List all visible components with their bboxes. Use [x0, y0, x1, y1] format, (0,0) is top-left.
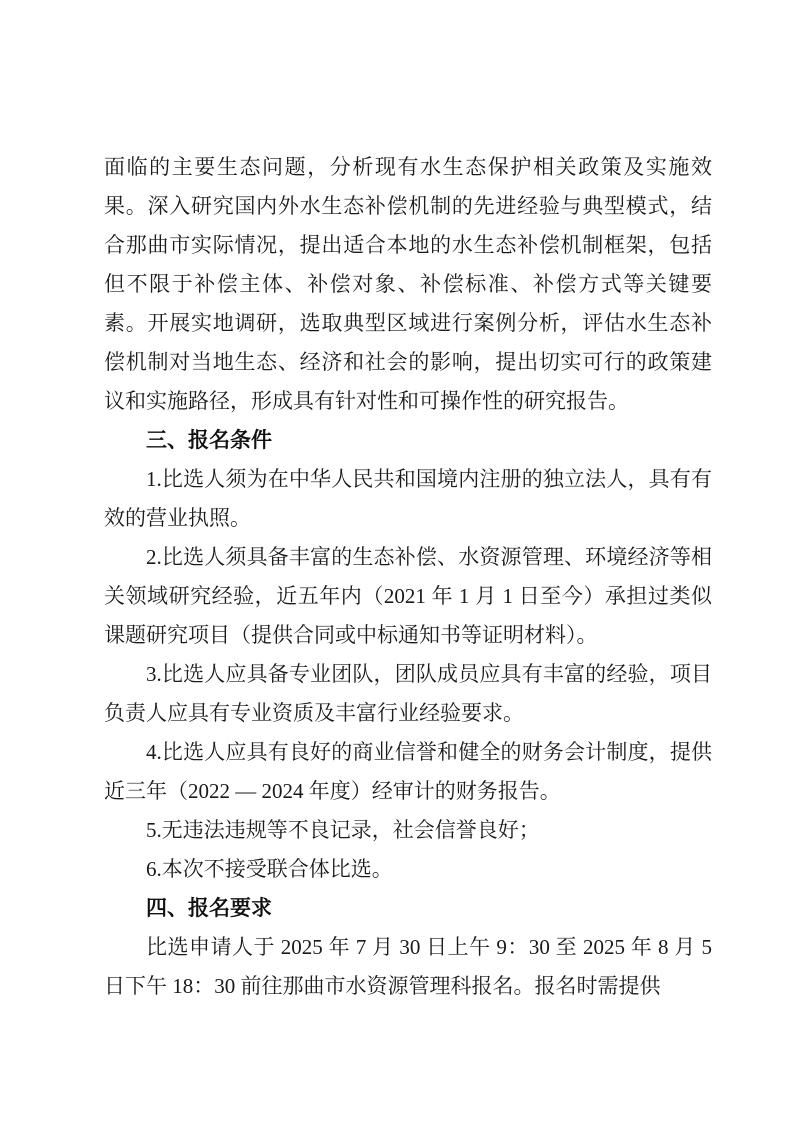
paragraph-registration-time-and-place: 比选申请人于 2025 年 7 月 30 日上午 9：30 至 2025 年 8… [104, 928, 712, 1006]
condition-item-1: 1.比选人须为在中华人民共和国境内注册的独立法人，具有有效的营业执照。 [104, 460, 712, 538]
document-page: 面临的主要生态问题，分析现有水生态保护相关政策及实施效果。深入研究国内外水生态补… [0, 0, 793, 1122]
paragraph-research-scope-continuation: 面临的主要生态问题，分析现有水生态保护相关政策及实施效果。深入研究国内外水生态补… [104, 148, 712, 421]
heading-section-3-registration-conditions: 三、报名条件 [104, 421, 712, 460]
condition-item-3: 3.比选人应具备专业团队，团队成员应具有丰富的经验，项目负责人应具有专业资质及丰… [104, 655, 712, 733]
condition-item-5: 5.无违法违规等不良记录，社会信誉良好； [104, 811, 712, 850]
condition-item-4: 4.比选人应具有良好的商业信誉和健全的财务会计制度，提供近三年（2022 — 2… [104, 733, 712, 811]
heading-section-4-registration-requirements: 四、报名要求 [104, 889, 712, 928]
condition-item-6: 6.本次不接受联合体比选。 [104, 850, 712, 889]
condition-item-2: 2.比选人须具备丰富的生态补偿、水资源管理、环境经济等相关领域研究经验，近五年内… [104, 538, 712, 655]
